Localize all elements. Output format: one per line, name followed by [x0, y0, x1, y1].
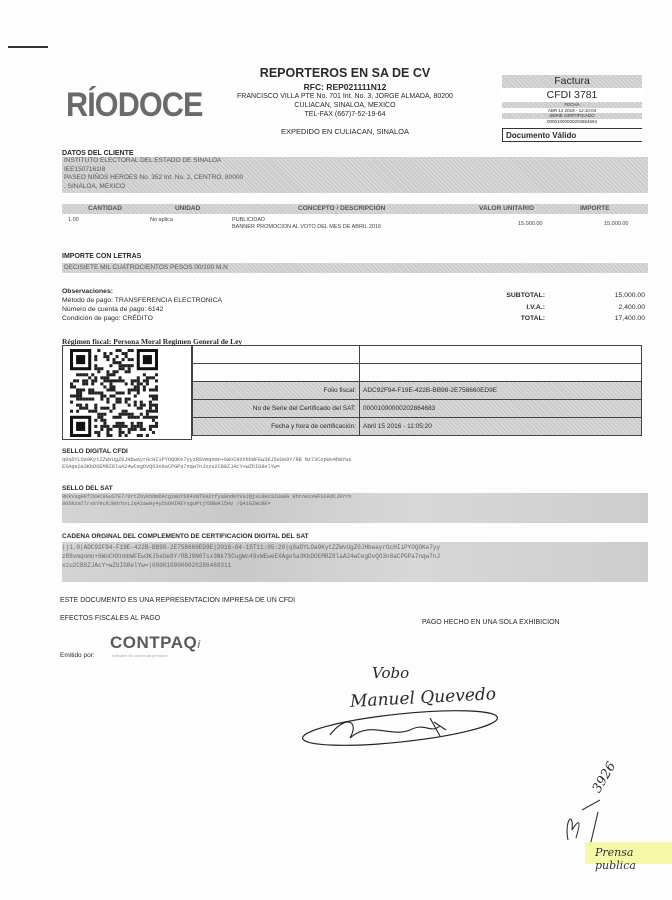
riodoce-logo: RÍODOCE [66, 86, 203, 125]
subtotal-label: SUBTOTAL: [490, 292, 545, 299]
initials-scribble-icon [560, 790, 620, 850]
client-data: INSTITUTO ELECTORAL DEL ESTADO DE SINALO… [62, 157, 648, 193]
total-value: 17,400.00 [575, 315, 645, 322]
company-address: FRANCISCO VILLA PTE No. 701 Int. No. 3, … [215, 92, 475, 101]
issued-in: EXPEDIDO EN CULIACAN, SINALOA [215, 127, 475, 136]
item-unidad: No aplica [150, 217, 173, 223]
certification-date-label: Fecha y hora de certificación: [193, 418, 360, 436]
serie-value: 00001000000202864694 [502, 119, 642, 125]
iva-label: I.V.A.: [490, 304, 545, 311]
item-cantidad: 1.00 [68, 217, 79, 223]
client-city: , SINALOA, MEXICO [62, 183, 648, 192]
sello-cfdi-value: q9aDYLOa9KytZZWvUgZ0JHbwayrGcHIiPYOQOKe7… [62, 457, 352, 473]
col-unidad: UNIDAD [175, 204, 200, 214]
vobo-handwriting: Vobo [372, 664, 409, 682]
cadena-original-value: ||1.0|ADC92F94-F19E-422B-BB98-2E758660ED… [62, 543, 442, 581]
qr-code-icon [69, 349, 159, 437]
document-status: Documento Válido [502, 128, 642, 142]
sat-cert-serial-value: 00001000000202864683 [360, 400, 642, 418]
note-handwriting: Prensa publica [595, 846, 672, 872]
item-importe: 15,000.00 [604, 221, 628, 227]
invoice-number: CFDI 3781 [502, 88, 642, 102]
single-payment-note: PAGO HECHO EN UNA SOLA EXHIBICION [422, 619, 560, 626]
company-header: REPORTEROS EN SA DE CV RFC: REP021111N12… [215, 66, 475, 119]
payment-method: Método de pago: TRANSFERENCIA ELECTRONIC… [62, 296, 222, 305]
invoice-title: Factura [502, 75, 642, 88]
item-valor-unitario: 15,000.00 [518, 221, 542, 227]
cadena-original-label: CADENA ORGINAL DEL COMPLEMENTO DE CERTIF… [62, 533, 309, 540]
client-name: INSTITUTO ELECTORAL DEL ESTADO DE SINALO… [62, 157, 648, 166]
contpaq-logo: CONTPAQi [110, 633, 201, 653]
observations-label: Observaciones: [62, 287, 113, 296]
iva-value: 2,400.00 [575, 304, 645, 311]
certification-table: Folio fiscal: ADC92F94-F19E-422B-BB98-2E… [192, 345, 642, 436]
sello-sat-label: SELLO DEL SAT [62, 485, 113, 492]
company-phone: TEL-FAX (667)7-52-19-64 [215, 110, 475, 119]
sello-sat-value: RKkVagH8f2kHC9GuSTE7/0rtZDykhOmDAtg1mUYS… [62, 494, 352, 518]
contpaq-logo-suffix: i [197, 639, 201, 651]
scan-mark [8, 46, 48, 48]
fiscal-effects: EFECTOS FISCALES AL PAGO [60, 615, 160, 622]
sat-cert-serial-label: No de Serie del Certificado del SAT: [193, 400, 360, 418]
subtotal-value: 15,000.00 [575, 292, 645, 299]
certification-date-value: Abril 15 2016 - 11:05:20 [360, 418, 642, 436]
folio-fiscal-label: Folio fiscal: [193, 382, 360, 400]
item-concepto: PUBLICIDAD [232, 217, 265, 223]
company-city: CULIACAN, SINALOA, MEXICO [215, 101, 475, 110]
item-descripcion: BANNER PROMOCION AL VOTO DEL MES DE ABRI… [232, 224, 381, 230]
col-valor-unitario: VALOR UNITARIO [479, 204, 534, 214]
col-importe: IMPORTE [580, 204, 610, 214]
col-concepto: CONCEPTO / DESCRIPCIÓN [298, 204, 385, 214]
col-cantidad: CANTIDAD [88, 204, 122, 214]
client-rfc: IEE1507161I8 [62, 166, 648, 175]
contpaq-logo-text: CONTPAQ [110, 633, 197, 652]
client-section-title: DATOS DEL CLIENTE [62, 150, 134, 157]
amount-words-label: IMPORTE CON LETRAS [62, 253, 141, 260]
folio-fiscal-value: ADC92F94-F19E-422B-BB98-2E758660ED9E [360, 382, 642, 400]
issued-by-value: software de comercial premium [112, 653, 168, 658]
invoice-box: Factura CFDI 3781 FECHA ABR 14 2016 - 12… [502, 75, 642, 124]
issued-by-label: Emitido por: [60, 652, 95, 659]
company-rfc: RFC: REP021111N12 [215, 82, 475, 92]
payment-condition: Condición de pago: CRÉDITO [62, 314, 153, 323]
qr-code-frame [62, 345, 192, 440]
amount-words-value: DECISIETE MIL CUATROCIENTOS PESOS 00/100… [64, 263, 228, 273]
cfdi-note: ESTE DOCUMENTO ES UNA REPRESENTACION IMP… [60, 597, 295, 604]
total-label: TOTAL: [490, 315, 545, 322]
client-address: PASEO NIÑOS HEROES No. 352 Int. No. 2, C… [62, 174, 648, 183]
sello-cfdi-label: SELLO DIGITAL CFDI [62, 448, 128, 455]
payment-account: Número de cuenta de pago: 6142 [62, 305, 163, 314]
company-name: REPORTEROS EN SA DE CV [215, 66, 475, 80]
